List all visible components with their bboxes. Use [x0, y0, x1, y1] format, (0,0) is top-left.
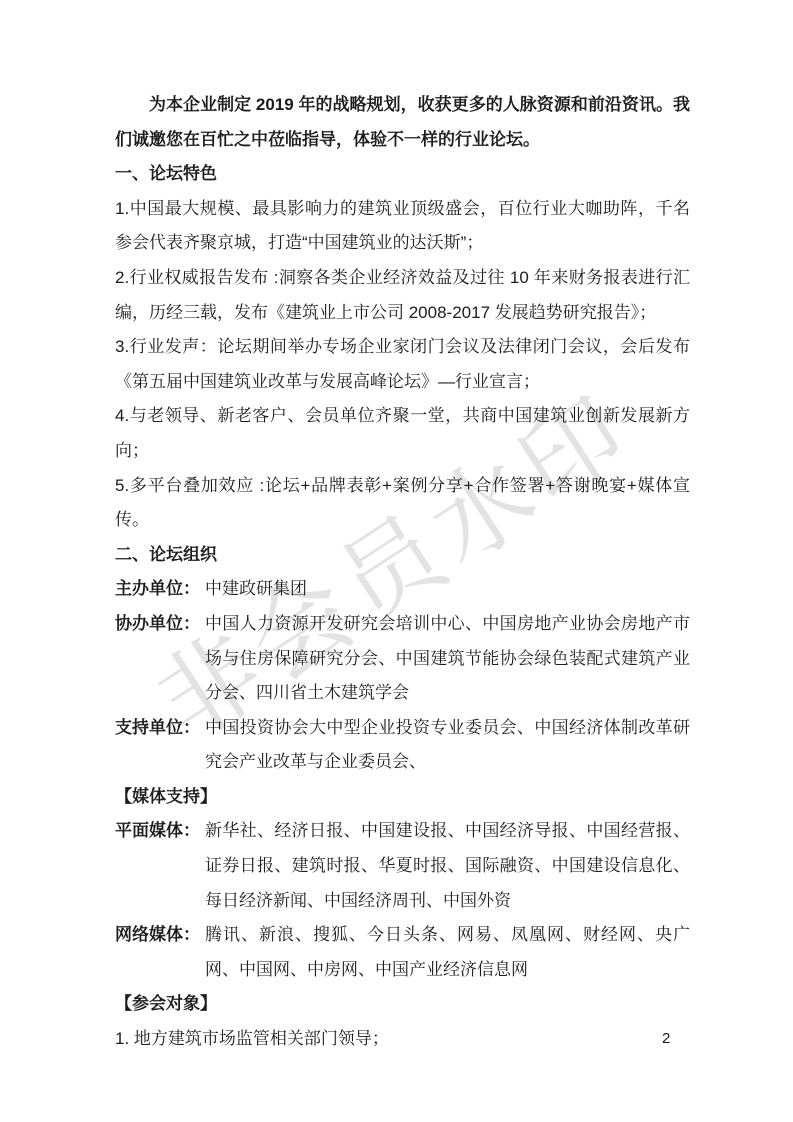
print-media-row: 平面媒体： 新华社、经济日报、中国建设报、中国经济导报、中国经营报、证券日报、建… [115, 814, 690, 918]
section-heading-forum-organization: 二、论坛组织 [115, 538, 690, 573]
supporting-unit-row: 支持单位： 中国投资协会大中型企业投资专业委员会、中国经济体制改革研究会产业改革… [115, 711, 690, 780]
document-body: 为本企业制定 2019 年的战略规划，收获更多的人脉资源和前沿资讯。我们诚邀您在… [115, 88, 690, 1057]
feature-item-5: 5.多平台叠加效应 :论坛+品牌表彰+案例分享+合作签署+答谢晚宴+媒体宣传。 [115, 469, 690, 538]
section-heading-attendees: 【参会对象】 [115, 987, 690, 1022]
supporting-unit-label: 支持单位： [115, 711, 205, 780]
co-organizer-label: 协办单位： [115, 607, 205, 711]
online-media-row: 网络媒体： 腾讯、新浪、搜狐、今日头条、网易、凤凰网、财经网、央广网、中国网、中… [115, 918, 690, 987]
page-number: 2 [662, 1030, 670, 1047]
host-unit-row: 主办单位： 中建政研集团 [115, 572, 690, 607]
feature-item-1: 1.中国最大规模、最具影响力的建筑业顶级盛会，百位行业大咖助阵，千名参会代表齐聚… [115, 192, 690, 261]
attendee-item-1: 1. 地方建筑市场监管相关部门领导； [115, 1022, 690, 1057]
print-media-label: 平面媒体： [115, 814, 205, 918]
section-heading-media-support: 【媒体支持】 [115, 780, 690, 815]
co-organizer-row: 协办单位： 中国人力资源开发研究会培训中心、中国房地产业协会房地产市场与住房保障… [115, 607, 690, 711]
supporting-unit-value: 中国投资协会大中型企业投资专业委员会、中国经济体制改革研究会产业改革与企业委员会… [205, 711, 690, 780]
co-organizer-value: 中国人力资源开发研究会培训中心、中国房地产业协会房地产市场与住房保障研究分会、中… [205, 607, 690, 711]
host-unit-value: 中建政研集团 [205, 572, 690, 607]
feature-item-3: 3.行业发声：论坛期间举办专场企业家闭门会议及法律闭门会议，会后发布《第五届中国… [115, 330, 690, 399]
host-unit-label: 主办单位： [115, 572, 205, 607]
feature-item-2: 2.行业权威报告发布 :洞察各类企业经济效益及过往 10 年来财务报表进行汇编，… [115, 261, 690, 330]
online-media-value: 腾讯、新浪、搜狐、今日头条、网易、凤凰网、财经网、央广网、中国网、中房网、中国产… [205, 918, 690, 987]
intro-paragraph: 为本企业制定 2019 年的战略规划，收获更多的人脉资源和前沿资讯。我们诚邀您在… [115, 88, 690, 157]
document-page: 非会员水印 为本企业制定 2019 年的战略规划，收获更多的人脉资源和前沿资讯。… [0, 0, 793, 1122]
online-media-label: 网络媒体： [115, 918, 205, 987]
section-heading-forum-features: 一、论坛特色 [115, 157, 690, 192]
feature-item-4: 4.与老领导、新老客户、会员单位齐聚一堂，共商中国建筑业创新发展新方向； [115, 399, 690, 468]
print-media-value: 新华社、经济日报、中国建设报、中国经济导报、中国经营报、证券日报、建筑时报、华夏… [205, 814, 690, 918]
